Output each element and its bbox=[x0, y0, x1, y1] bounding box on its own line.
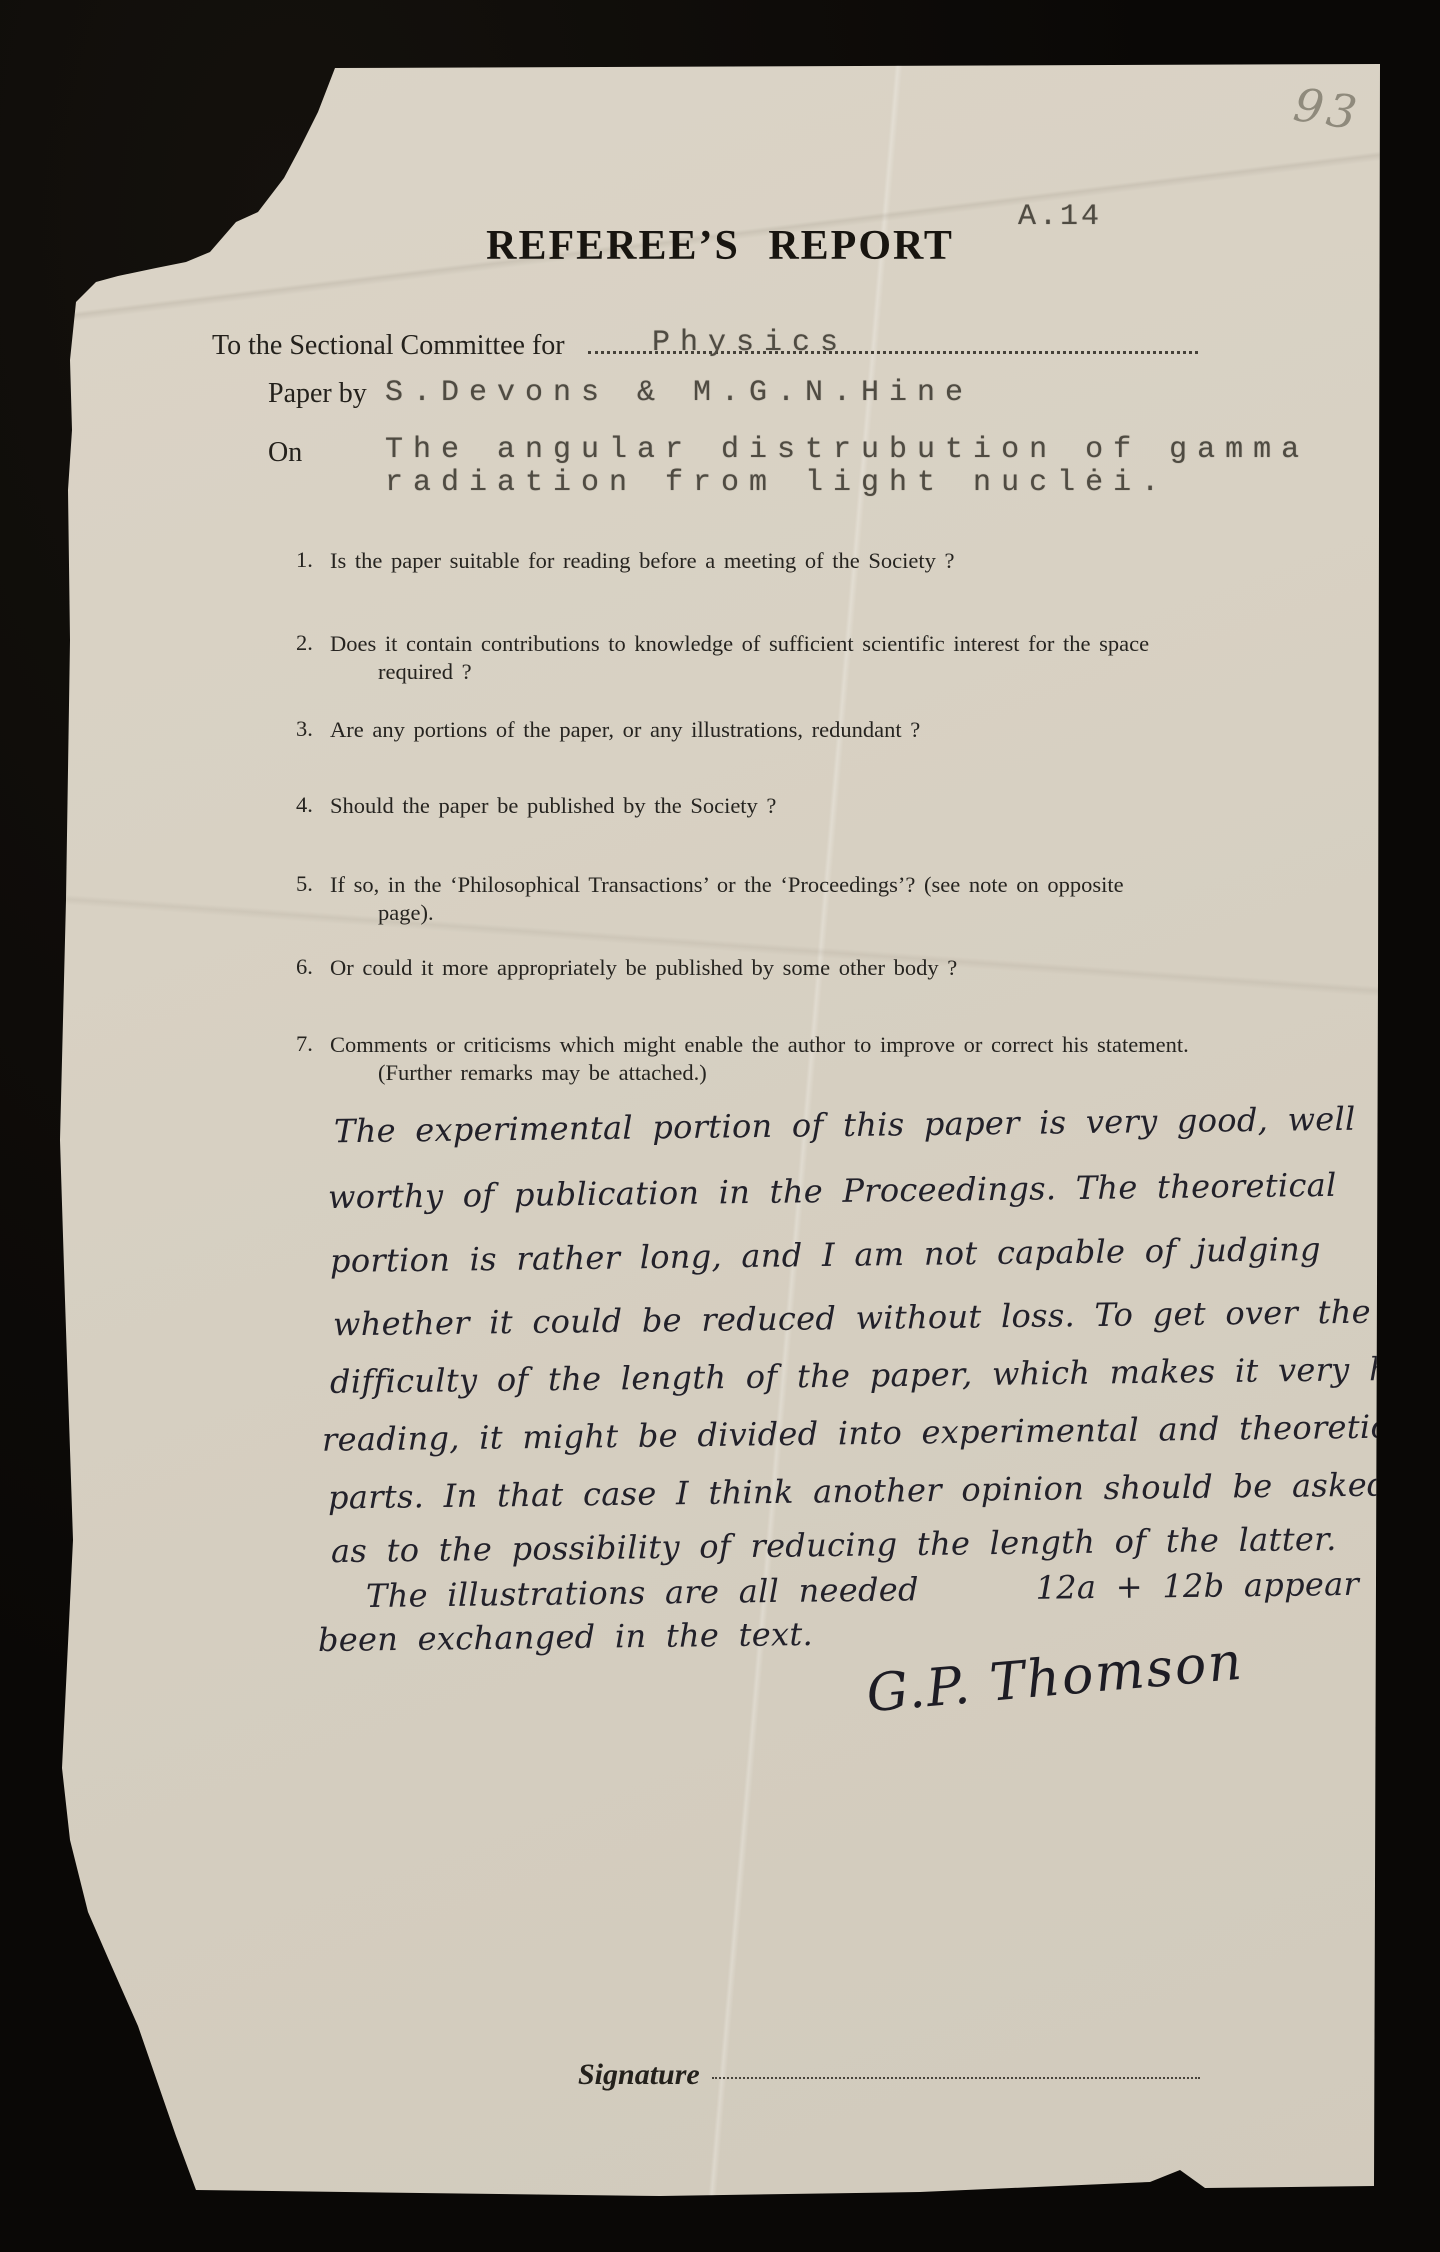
signature-dotted-line bbox=[712, 2077, 1200, 2079]
handwriting-line-6: reading, it might be divided into experi… bbox=[322, 1407, 1419, 1458]
committee-value: Physics bbox=[652, 326, 848, 360]
handwriting-line-1: The experimental portion of this paper i… bbox=[334, 1100, 1356, 1150]
question-3: 3. Are any portions of the paper, or any… bbox=[296, 716, 1296, 744]
question-5-number: 5. bbox=[296, 871, 313, 897]
folio-number: 93 bbox=[1290, 77, 1364, 141]
handwriting-line-8: as to the possibility of reducing the le… bbox=[331, 1520, 1337, 1570]
question-3-number: 3. bbox=[296, 716, 313, 742]
question-3-text: Are any portions of the paper, or any il… bbox=[330, 716, 1296, 744]
signature-label: Signature bbox=[578, 2058, 700, 2092]
ref-code: A.14 bbox=[1018, 200, 1102, 234]
page-title: REFEREE’S REPORT bbox=[460, 222, 980, 270]
handwriting-line-7: parts. In that case I think another opin… bbox=[328, 1466, 1388, 1517]
question-6: 6. Or could it more appropriately be pub… bbox=[296, 954, 1296, 982]
question-7-text: Comments or criticisms which might enabl… bbox=[330, 1031, 1290, 1059]
question-1-number: 1. bbox=[296, 547, 313, 573]
question-7-text-continued: (Further remarks may be attached.) bbox=[378, 1059, 1290, 1087]
question-6-text: Or could it more appropriately be publis… bbox=[330, 954, 1296, 982]
handwriting-line-3: portion is rather long, and I am not cap… bbox=[330, 1230, 1321, 1280]
question-7: 7. Comments or criticisms which might en… bbox=[296, 1031, 1296, 1087]
handwriting-line-5: difficulty of the length of the paper, w… bbox=[330, 1349, 1440, 1401]
committee-label: To the Sectional Committee for bbox=[212, 330, 565, 362]
question-1: 1. Is the paper suitable for reading bef… bbox=[296, 547, 1296, 575]
question-1-text: Is the paper suitable for reading before… bbox=[330, 547, 1296, 575]
paper-by-value: S.Devons & M.G.N.Hine bbox=[385, 376, 973, 410]
question-5: 5. If so, in the ‘Philosophical Transact… bbox=[296, 871, 1296, 927]
paper-by-label: Paper by bbox=[268, 378, 367, 410]
question-6-number: 6. bbox=[296, 954, 313, 980]
handwriting-line-10: been exchanged in the text. bbox=[318, 1615, 813, 1659]
report-sheet: 93 A.14 REFEREE’S REPORT To the Sectiona… bbox=[0, 0, 1440, 2252]
question-7-number: 7. bbox=[296, 1031, 313, 1057]
question-4: 4. Should the paper be published by the … bbox=[296, 792, 1296, 820]
question-5-text-continued: page). bbox=[378, 899, 1260, 927]
on-value-line2: radiation from light nuclėi. bbox=[385, 466, 1169, 500]
on-label: On bbox=[268, 437, 302, 469]
question-2-text-continued: required ? bbox=[378, 658, 1260, 686]
on-value-line1: The angular distrubution of gamma bbox=[385, 433, 1309, 467]
handwriting-line-4: whether it could be reduced without loss… bbox=[333, 1293, 1371, 1344]
handwriting-line-9: The illustrations are all needed 12a + 1… bbox=[366, 1563, 1440, 1615]
question-2-number: 2. bbox=[296, 630, 313, 656]
question-4-text: Should the paper be published by the Soc… bbox=[330, 792, 1296, 820]
referee-signature: G.P. Thomson bbox=[864, 1632, 1246, 1725]
question-5-text: If so, in the ‘Philosophical Transaction… bbox=[330, 871, 1260, 899]
handwriting-line-2: worthy of publication in the Proceedings… bbox=[328, 1166, 1337, 1216]
question-2-text: Does it contain contributions to knowled… bbox=[330, 630, 1260, 658]
question-2: 2. Does it contain contributions to know… bbox=[296, 630, 1296, 686]
question-4-number: 4. bbox=[296, 792, 313, 818]
